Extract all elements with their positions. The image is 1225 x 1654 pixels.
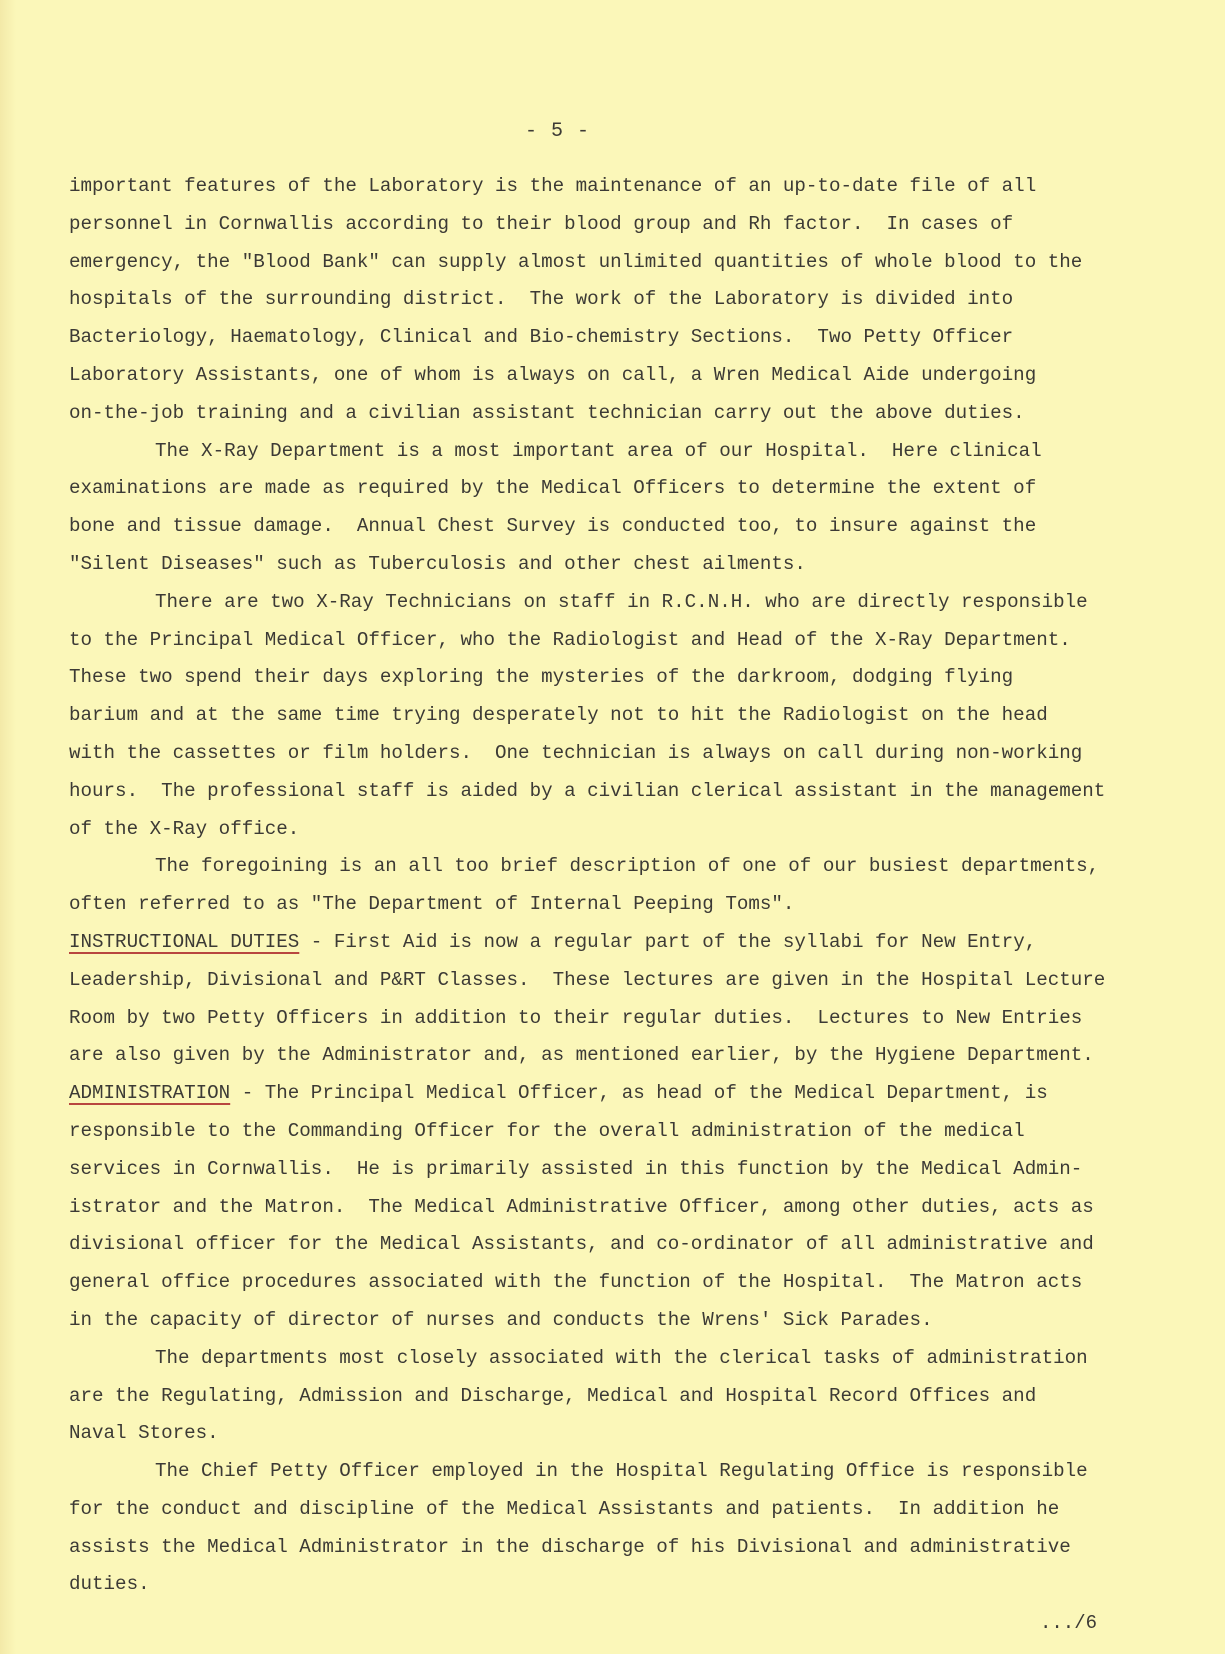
text-line: are the Regulating, Admission and Discha… — [69, 1378, 1199, 1416]
line-text: There are two X-Ray Technicians on staff… — [155, 591, 1088, 613]
line-text: emergency, the "Blood Bank" can supply a… — [69, 251, 1082, 273]
line-text: examinations are made as required by the… — [69, 477, 1036, 499]
section-heading: INSTRUCTIONAL DUTIES — [69, 931, 299, 953]
paragraph-start-line: There are two X-Ray Technicians on staff… — [69, 584, 1199, 622]
text-line: in the capacity of director of nurses an… — [69, 1302, 1199, 1340]
line-text: assists the Medical Administrator in the… — [69, 1536, 1071, 1558]
line-text: for the conduct and discipline of the Me… — [69, 1498, 1059, 1520]
text-line: of the X-Ray office. — [69, 811, 1199, 849]
line-text: hospitals of the surrounding district. T… — [69, 288, 1013, 310]
text-line: emergency, the "Blood Bank" can supply a… — [69, 244, 1199, 282]
section-heading: ADMINISTRATION — [69, 1082, 230, 1104]
line-text: The Chief Petty Officer employed in the … — [155, 1460, 1088, 1482]
text-line: hospitals of the surrounding district. T… — [69, 281, 1199, 319]
text-line: divisional officer for the Medical Assis… — [69, 1226, 1199, 1264]
line-text: Leadership, Divisional and P&RT Classes.… — [69, 969, 1105, 991]
paragraph-start-line: The foregoining is an all too brief desc… — [69, 848, 1199, 886]
line-text: - First Aid is now a regular part of the… — [299, 931, 1036, 953]
line-text: barium and at the same time trying despe… — [69, 704, 1048, 726]
continuation-marker: .../6 — [1040, 1612, 1097, 1634]
line-text: important features of the Laboratory is … — [69, 175, 1036, 197]
text-line: on-the-job training and a civilian assis… — [69, 395, 1199, 433]
line-text: The departments most closely associated … — [155, 1347, 1088, 1369]
text-line: general office procedures associated wit… — [69, 1264, 1199, 1302]
line-text: of the X-Ray office. — [69, 818, 299, 840]
text-line: istrator and the Matron. The Medical Adm… — [69, 1189, 1199, 1227]
line-text: "Silent Diseases" such as Tuberculosis a… — [69, 553, 806, 575]
line-text: Room by two Petty Officers in addition t… — [69, 1007, 1082, 1029]
line-text: Naval Stores. — [69, 1422, 219, 1444]
document-body: important features of the Laboratory is … — [69, 168, 1199, 1604]
text-line: Leadership, Divisional and P&RT Classes.… — [69, 962, 1199, 1000]
line-text: often referred to as "The Department of … — [69, 893, 794, 915]
line-text: The X-Ray Department is a most important… — [155, 440, 1042, 462]
paragraph-start-line: The departments most closely associated … — [69, 1340, 1199, 1378]
text-line: bone and tissue damage. Annual Chest Sur… — [69, 508, 1199, 546]
line-text: with the cassettes or film holders. One … — [69, 742, 1082, 764]
text-line: with the cassettes or film holders. One … — [69, 735, 1199, 773]
text-line: personnel in Cornwallis according to the… — [69, 206, 1199, 244]
text-line: responsible to the Commanding Officer fo… — [69, 1113, 1199, 1151]
line-text: bone and tissue damage. Annual Chest Sur… — [69, 515, 1036, 537]
section-heading-line: ADMINISTRATION - The Principal Medical O… — [69, 1075, 1199, 1113]
text-line: hours. The professional staff is aided b… — [69, 773, 1199, 811]
paragraph-start-line: The Chief Petty Officer employed in the … — [69, 1453, 1199, 1491]
paper-edge — [0, 0, 16, 1654]
text-line: barium and at the same time trying despe… — [69, 697, 1199, 735]
text-line: services in Cornwallis. He is primarily … — [69, 1151, 1199, 1189]
line-text: divisional officer for the Medical Assis… — [69, 1233, 1094, 1255]
line-text: Bacteriology, Haematology, Clinical and … — [69, 326, 1013, 348]
line-text: are the Regulating, Admission and Discha… — [69, 1385, 1036, 1407]
text-line: Bacteriology, Haematology, Clinical and … — [69, 319, 1199, 357]
line-text: general office procedures associated wit… — [69, 1271, 1082, 1293]
text-line: examinations are made as required by the… — [69, 470, 1199, 508]
line-text: hours. The professional staff is aided b… — [69, 780, 1105, 802]
text-line: Room by two Petty Officers in addition t… — [69, 1000, 1199, 1038]
text-line: "Silent Diseases" such as Tuberculosis a… — [69, 546, 1199, 584]
text-line: assists the Medical Administrator in the… — [69, 1529, 1199, 1567]
line-text: The foregoining is an all too brief desc… — [155, 855, 1099, 877]
page-number: - 5 - — [0, 120, 1115, 143]
text-line: often referred to as "The Department of … — [69, 886, 1199, 924]
text-line: These two spend their days exploring the… — [69, 659, 1199, 697]
line-text: responsible to the Commanding Officer fo… — [69, 1120, 1025, 1142]
line-text: to the Principal Medical Officer, who th… — [69, 629, 1071, 651]
line-text: Laboratory Assistants, one of whom is al… — [69, 364, 1036, 386]
line-text: - The Principal Medical Officer, as head… — [230, 1082, 1048, 1104]
line-text: These two spend their days exploring the… — [69, 666, 1013, 688]
text-line: for the conduct and discipline of the Me… — [69, 1491, 1199, 1529]
line-text: are also given by the Administrator and,… — [69, 1044, 1094, 1066]
text-line: to the Principal Medical Officer, who th… — [69, 622, 1199, 660]
text-line: Naval Stores. — [69, 1415, 1199, 1453]
text-line: are also given by the Administrator and,… — [69, 1037, 1199, 1075]
section-heading-line: INSTRUCTIONAL DUTIES - First Aid is now … — [69, 924, 1199, 962]
text-line: important features of the Laboratory is … — [69, 168, 1199, 206]
line-text: services in Cornwallis. He is primarily … — [69, 1158, 1082, 1180]
line-text: istrator and the Matron. The Medical Adm… — [69, 1196, 1094, 1218]
line-text: duties. — [69, 1573, 150, 1595]
text-line: Laboratory Assistants, one of whom is al… — [69, 357, 1199, 395]
line-text: personnel in Cornwallis according to the… — [69, 213, 1013, 235]
text-line: duties. — [69, 1566, 1199, 1604]
paragraph-start-line: The X-Ray Department is a most important… — [69, 433, 1199, 471]
line-text: in the capacity of director of nurses an… — [69, 1309, 933, 1331]
line-text: on-the-job training and a civilian assis… — [69, 402, 1025, 424]
